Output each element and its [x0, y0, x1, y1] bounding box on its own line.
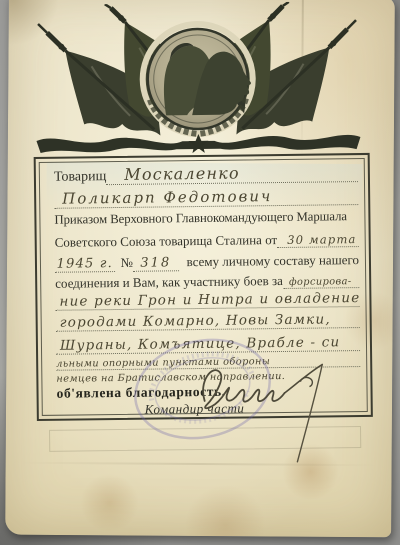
order-line-2-text: Советского Союза товарища Сталина от	[55, 232, 278, 251]
recipient-surname-handwritten: Москаленко	[106, 162, 358, 185]
document-paper: Товарищ Москаленко Поликарп Федотович Пр…	[5, 0, 395, 537]
commander-signature	[196, 359, 369, 473]
lenin-stalin-medallion-icon	[31, 1, 365, 157]
order-date-handwritten: 30 марта	[277, 232, 359, 248]
order-line-3-text: всему личному составу нашего	[187, 252, 360, 270]
soviet-emblem	[31, 1, 365, 157]
order-line-1-text: Приказом Верховного Главнокомандующего М…	[54, 209, 347, 228]
salutation-label: Товарищ	[54, 169, 107, 186]
order-year-handwritten: 1945 г.	[55, 256, 115, 273]
recipient-name-patronymic-handwritten: Поликарп Федотович	[54, 186, 358, 209]
achievement-line-1-handwritten: форсирова-	[283, 276, 359, 289]
achievement-line-2-handwritten: ние реки Грон и Нитра и овладение	[55, 290, 359, 311]
order-line-4-text: соединения и Вам, как участнику боев за	[55, 273, 283, 292]
order-number-handwritten: 318	[133, 255, 179, 272]
number-sign: №	[120, 255, 133, 271]
document-content: Товарищ Москаленко Поликарп Федотович Пр…	[4, 0, 397, 538]
achievement-line-3-handwritten: городами Комарно, Новы Замки,	[56, 311, 360, 332]
